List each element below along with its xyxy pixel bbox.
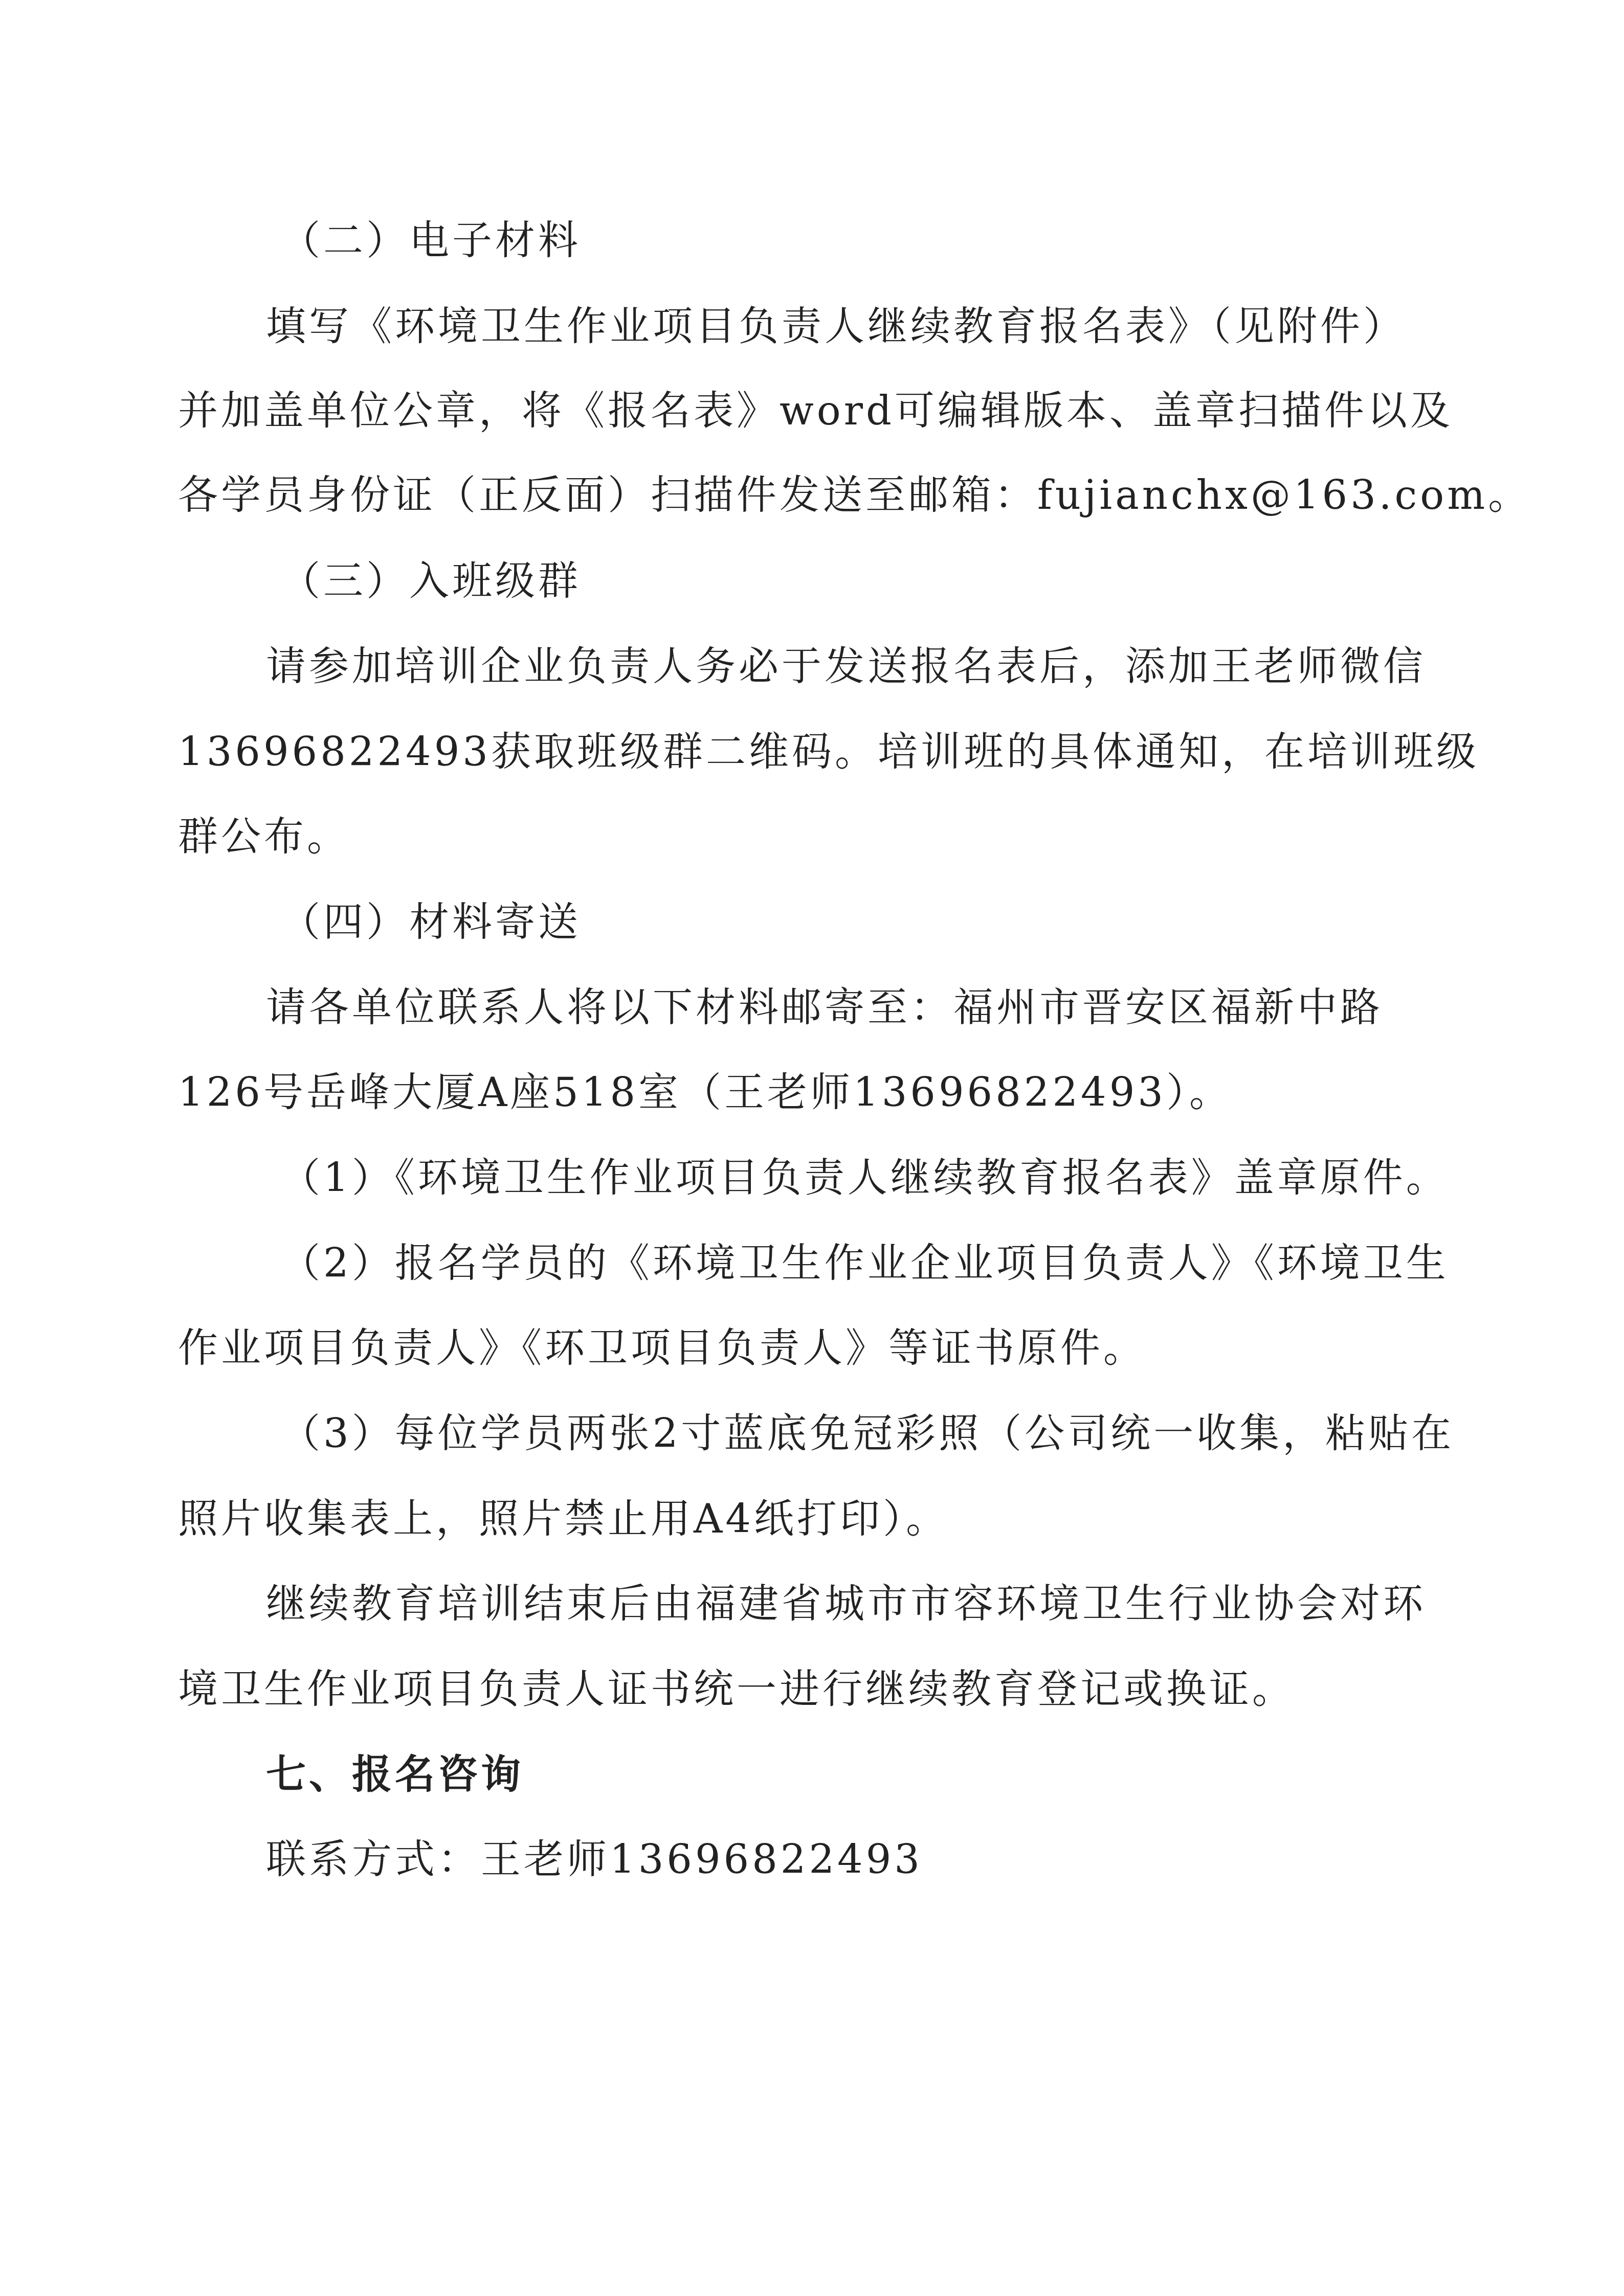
paragraph-line: 并加盖单位公章，将《报名表》word可编辑版本、盖章扫描件以及: [178, 391, 1453, 431]
paragraph-line: 群公布。: [178, 817, 350, 857]
paragraph-line-address: 126号岳峰大厦A座518室（王老师13696822493）。: [178, 1073, 1232, 1113]
paragraph-line: 境卫生作业项目负责人证书统一进行继续教育登记或换证。: [178, 1670, 1295, 1709]
contact-line: 联系方式：王老师13696822493: [266, 1840, 923, 1880]
list-item-2: （2）报名学员的《环境卫生作业企业项目负责人》《环境卫生: [280, 1244, 1449, 1284]
list-item-3-cont: 照片收集表上，照片禁止用A4纸打印）。: [178, 1499, 949, 1539]
list-item-1: （1）《环境卫生作业项目负责人继续教育报名表》盖章原件。: [280, 1158, 1449, 1198]
paragraph-line: 填写《环境卫生作业项目负责人继续教育报名表》（见附件）: [266, 307, 1406, 347]
section-heading-mail-materials: （四）材料寄送: [280, 903, 581, 942]
paragraph-line: 请参加培训企业负责人务必于发送报名表后，添加王老师微信: [266, 647, 1426, 687]
list-item-3: （3）每位学员两张2寸蓝底免冠彩照（公司统一收集，粘贴在: [280, 1414, 1454, 1454]
document-page: （二）电子材料 填写《环境卫生作业项目负责人继续教育报名表》（见附件） 并加盖单…: [0, 0, 1624, 2296]
paragraph-line-email: 各学员身份证（正反面）扫描件发送至邮箱：fujianchx@163.com。: [178, 476, 1531, 515]
section-heading-electronic-materials: （二）电子材料: [280, 221, 581, 261]
section-heading-registration-inquiry: 七、报名咨询: [266, 1755, 524, 1795]
paragraph-line: 13696822493获取班级群二维码。培训班的具体通知，在培训班级: [178, 732, 1479, 772]
section-heading-join-class-group: （三）入班级群: [280, 561, 581, 601]
paragraph-line: 继续教育培训结束后由福建省城市市容环境卫生行业协会对环: [266, 1584, 1426, 1624]
paragraph-line: 请各单位联系人将以下材料邮寄至：福州市晋安区福新中路: [266, 988, 1383, 1028]
list-item-2-cont: 作业项目负责人》《环卫项目负责人》等证书原件。: [178, 1329, 1146, 1368]
